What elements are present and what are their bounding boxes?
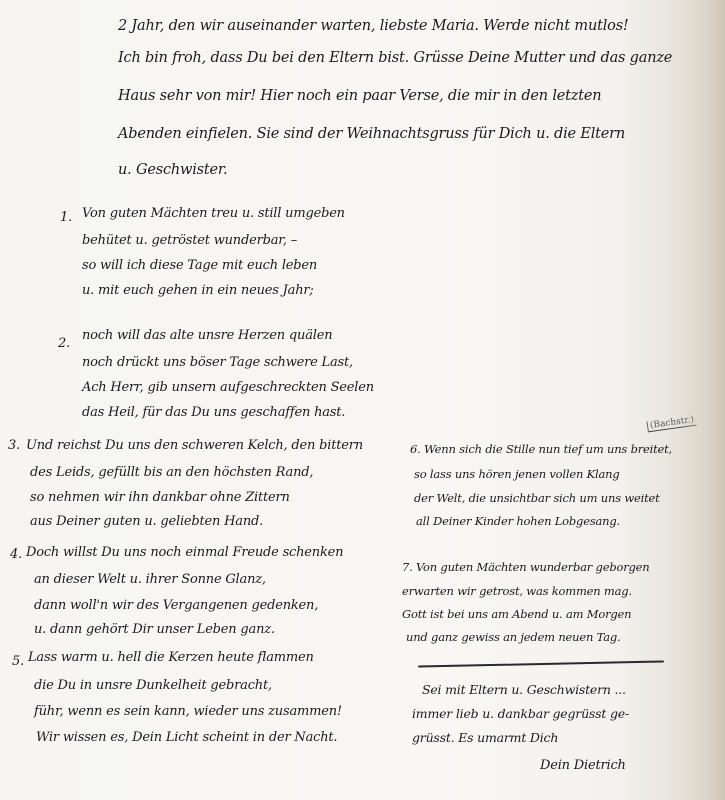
stanza-number: 1. [60,210,72,225]
intro-line: Abenden einfielen. Sie sind der Weihnach… [118,126,625,142]
closing-line: immer lieb u. dankbar gegrüsst ge- [412,706,629,721]
verse-line: Lass warm u. hell die Kerzen heute flamm… [28,650,314,665]
intro-line: Haus sehr von mir! Hier noch ein paar Ve… [118,88,601,104]
verse-line: erwarten wir getrost, was kommen mag. [402,584,632,598]
verse-line: so will ich diese Tage mit euch leben [82,258,317,273]
intro-line: u. Geschwister. [118,162,227,178]
verse-line: Gott ist bei uns am Abend u. am Morgen [402,607,631,621]
signature: Dein Dietrich [540,758,626,773]
verse-line: noch drückt uns böser Tage schwere Last, [82,355,353,370]
verse-line: die Du in unsre Dunkelheit gebracht, [34,678,272,693]
verse-line: behütet u. getröstet wunderbar, – [82,233,297,248]
verse-line: Wenn sich die Stille nun tief um uns bre… [424,442,672,456]
verse-line: so lass uns hören jenen vollen Klang [414,467,620,481]
verse-line: all Deiner Kinder hohen Lobgesang. [416,514,620,528]
verse-line: der Welt, die unsichtbar sich um uns wei… [414,491,660,505]
verse-line: das Heil, für das Du uns geschaffen hast… [82,405,345,420]
verse-line: und ganz gewiss an jedem neuen Tag. [406,630,620,644]
closing-line: grüsst. Es umarmt Dich [412,730,558,745]
verse-line: an dieser Welt u. ihrer Sonne Glanz, [34,572,266,587]
intro-line: Ich bin froh, dass Du bei den Eltern bis… [118,50,672,66]
letter-page: 2 Jahr, den wir auseinander warten, lieb… [0,0,725,800]
verse-line: führ, wenn es sein kann, wieder uns zusa… [34,704,342,719]
stanza-number: 6. [410,442,421,456]
separator-line [418,660,664,667]
stanza-number: 3. [8,438,20,453]
verse-line: noch will das alte unsre Herzen quälen [82,328,332,343]
verse-line: Von guten Mächten treu u. still umgeben [82,206,345,221]
closing-line: Sei mit Eltern u. Geschwistern ... [422,682,626,697]
book-gutter-shadow [680,0,725,800]
verse-line: aus Deiner guten u. geliebten Hand. [30,514,263,529]
verse-line: Doch willst Du uns noch einmal Freude sc… [26,545,343,560]
verse-line: u. mit euch gehen in ein neues Jahr; [82,283,314,298]
verse-line: Wir wissen es, Dein Licht scheint in der… [36,730,337,745]
verse-line: Und reichst Du uns den schweren Kelch, d… [26,438,363,453]
verse-line: so nehmen wir ihn dankbar ohne Zittern [30,490,290,505]
verse-line: Ach Herr, gib unsern aufgeschreckten See… [82,380,374,395]
stanza-number: 7. [402,560,413,574]
stanza-number: 5. [12,654,24,669]
stanza-number: 4. [10,547,22,562]
verse-line: dann woll'n wir des Vergangenen gedenken… [34,598,318,613]
stanza-number: 2. [58,336,70,351]
verse-line: u. dann gehört Dir unser Leben ganz. [34,622,275,637]
verse-line: des Leids, gefüllt bis an den höchsten R… [30,465,313,480]
verse-line: Von guten Mächten wunderbar geborgen [416,560,649,574]
intro-line: 2 Jahr, den wir auseinander warten, lieb… [118,18,629,34]
